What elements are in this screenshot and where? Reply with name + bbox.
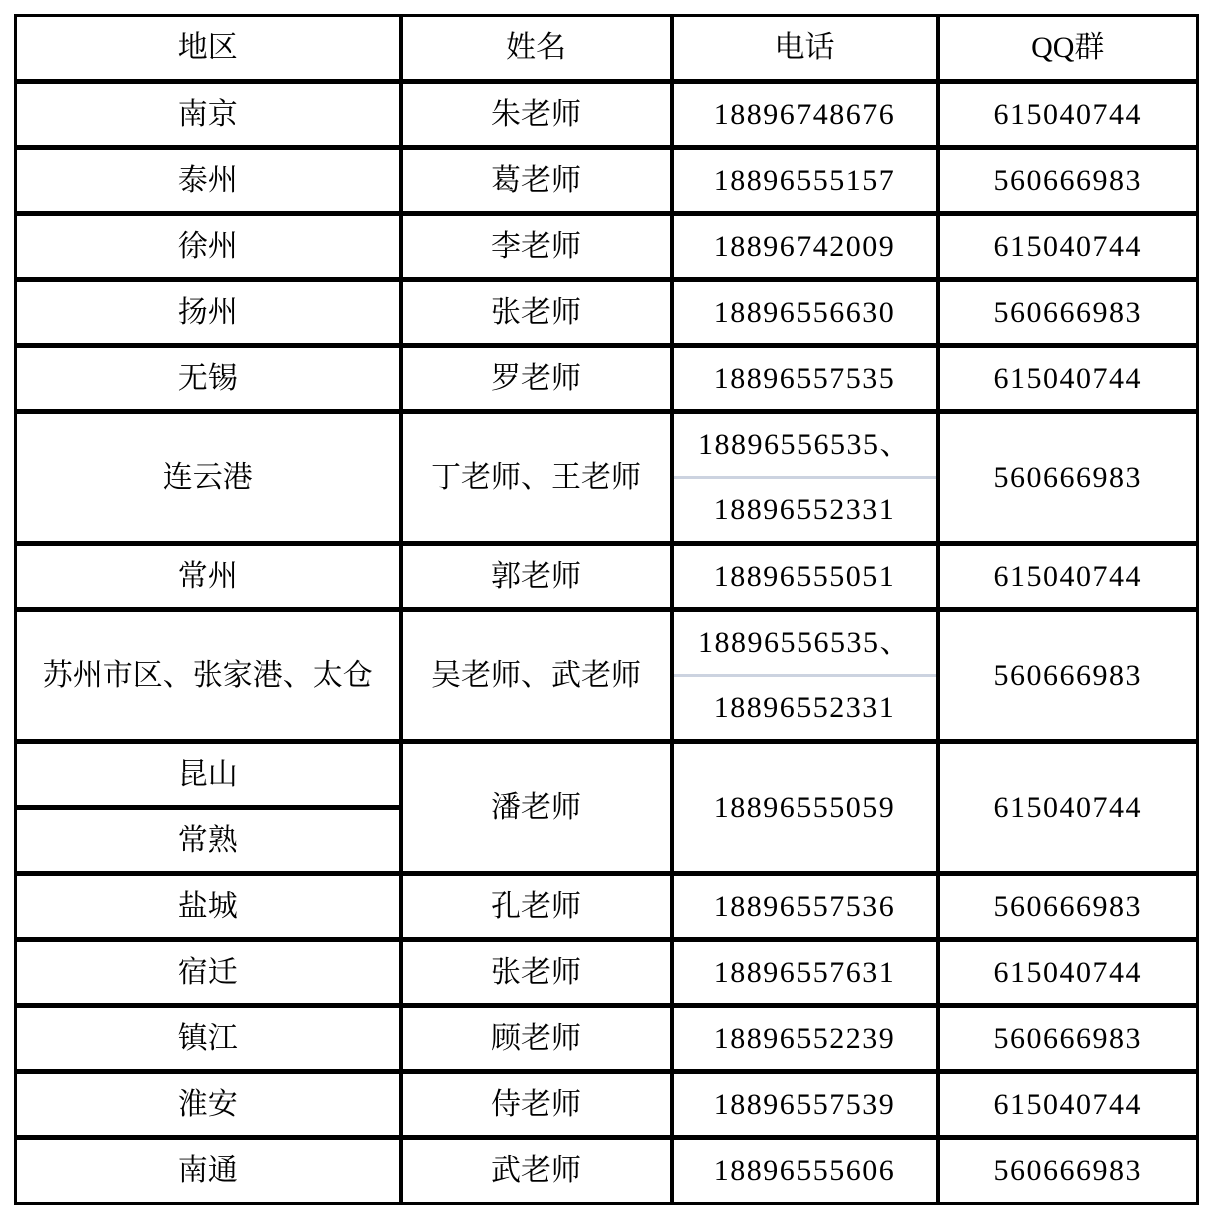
table-row: 淮安侍老师18896557539615040744 xyxy=(16,1072,1198,1138)
table-body: 南京朱老师18896748676615040744泰州葛老师1889655515… xyxy=(16,82,1198,1204)
cell-qq: 560666983 xyxy=(938,280,1198,346)
cell-qq: 560666983 xyxy=(938,610,1198,742)
header-row: 地区 姓名 电话 QQ群 xyxy=(16,16,1198,82)
cell-phone: 18896557536 xyxy=(672,874,938,940)
cell-phone: 18896557539 xyxy=(672,1072,938,1138)
cell-name: 李老师 xyxy=(401,214,672,280)
table-row: 南京朱老师18896748676615040744 xyxy=(16,82,1198,148)
cell-name: 侍老师 xyxy=(401,1072,672,1138)
cell-qq: 560666983 xyxy=(938,412,1198,544)
table-row: 镇江顾老师18896552239560666983 xyxy=(16,1006,1198,1072)
cell-name: 丁老师、王老师 xyxy=(401,412,672,544)
table-row: 连云港丁老师、王老师18896556535、560666983 xyxy=(16,412,1198,478)
cell-region: 扬州 xyxy=(16,280,401,346)
header-region: 地区 xyxy=(16,16,401,82)
cell-region: 常州 xyxy=(16,544,401,610)
cell-qq: 560666983 xyxy=(938,1006,1198,1072)
cell-qq: 615040744 xyxy=(938,82,1198,148)
cell-qq: 615040744 xyxy=(938,940,1198,1006)
cell-region: 南京 xyxy=(16,82,401,148)
cell-region: 镇江 xyxy=(16,1006,401,1072)
cell-qq: 615040744 xyxy=(938,1072,1198,1138)
table-row: 泰州葛老师18896555157560666983 xyxy=(16,148,1198,214)
header-phone: 电话 xyxy=(672,16,938,82)
cell-region: 南通 xyxy=(16,1138,401,1204)
cell-phone: 18896555059 xyxy=(672,742,938,874)
cell-name: 朱老师 xyxy=(401,82,672,148)
cell-region: 无锡 xyxy=(16,346,401,412)
table-row: 盐城孔老师18896557536560666983 xyxy=(16,874,1198,940)
cell-region: 苏州市区、张家港、太仓 xyxy=(16,610,401,742)
cell-phone: 18896557535 xyxy=(672,346,938,412)
table-row: 南通武老师18896555606560666983 xyxy=(16,1138,1198,1204)
table-row: 徐州李老师18896742009615040744 xyxy=(16,214,1198,280)
cell-phone: 18896557631 xyxy=(672,940,938,1006)
cell-name: 顾老师 xyxy=(401,1006,672,1072)
cell-region: 宿迁 xyxy=(16,940,401,1006)
cell-region: 连云港 xyxy=(16,412,401,544)
cell-phone: 18896748676 xyxy=(672,82,938,148)
cell-name: 张老师 xyxy=(401,940,672,1006)
cell-phone: 18896555606 xyxy=(672,1138,938,1204)
cell-region: 泰州 xyxy=(16,148,401,214)
cell-qq: 615040744 xyxy=(938,544,1198,610)
cell-phone: 18896555051 xyxy=(672,544,938,610)
table-row: 苏州市区、张家港、太仓吴老师、武老师18896556535、560666983 xyxy=(16,610,1198,676)
contact-table: 地区 姓名 电话 QQ群 南京朱老师18896748676615040744泰州… xyxy=(14,14,1199,1205)
cell-region: 徐州 xyxy=(16,214,401,280)
cell-phone: 18896556630 xyxy=(672,280,938,346)
cell-region: 昆山 xyxy=(16,742,401,808)
cell-region: 盐城 xyxy=(16,874,401,940)
cell-phone: 18896556535、 xyxy=(672,610,938,676)
cell-name: 罗老师 xyxy=(401,346,672,412)
table-row: 扬州张老师18896556630560666983 xyxy=(16,280,1198,346)
cell-name: 张老师 xyxy=(401,280,672,346)
table-row: 昆山潘老师18896555059615040744 xyxy=(16,742,1198,808)
cell-name: 吴老师、武老师 xyxy=(401,610,672,742)
cell-name: 武老师 xyxy=(401,1138,672,1204)
cell-qq: 615040744 xyxy=(938,214,1198,280)
table-row: 无锡罗老师18896557535615040744 xyxy=(16,346,1198,412)
cell-name: 潘老师 xyxy=(401,742,672,874)
cell-phone: 18896552331 xyxy=(672,478,938,544)
header-name: 姓名 xyxy=(401,16,672,82)
cell-name: 孔老师 xyxy=(401,874,672,940)
table-row: 宿迁张老师18896557631615040744 xyxy=(16,940,1198,1006)
cell-qq: 560666983 xyxy=(938,148,1198,214)
cell-qq: 615040744 xyxy=(938,742,1198,874)
cell-phone: 18896552331 xyxy=(672,676,938,742)
cell-region: 常熟 xyxy=(16,808,401,874)
cell-name: 葛老师 xyxy=(401,148,672,214)
cell-phone: 18896552239 xyxy=(672,1006,938,1072)
header-qq: QQ群 xyxy=(938,16,1198,82)
table-row: 常州郭老师18896555051615040744 xyxy=(16,544,1198,610)
cell-qq: 560666983 xyxy=(938,1138,1198,1204)
cell-phone: 18896555157 xyxy=(672,148,938,214)
cell-phone: 18896742009 xyxy=(672,214,938,280)
cell-phone: 18896556535、 xyxy=(672,412,938,478)
cell-name: 郭老师 xyxy=(401,544,672,610)
cell-qq: 560666983 xyxy=(938,874,1198,940)
cell-region: 淮安 xyxy=(16,1072,401,1138)
cell-qq: 615040744 xyxy=(938,346,1198,412)
